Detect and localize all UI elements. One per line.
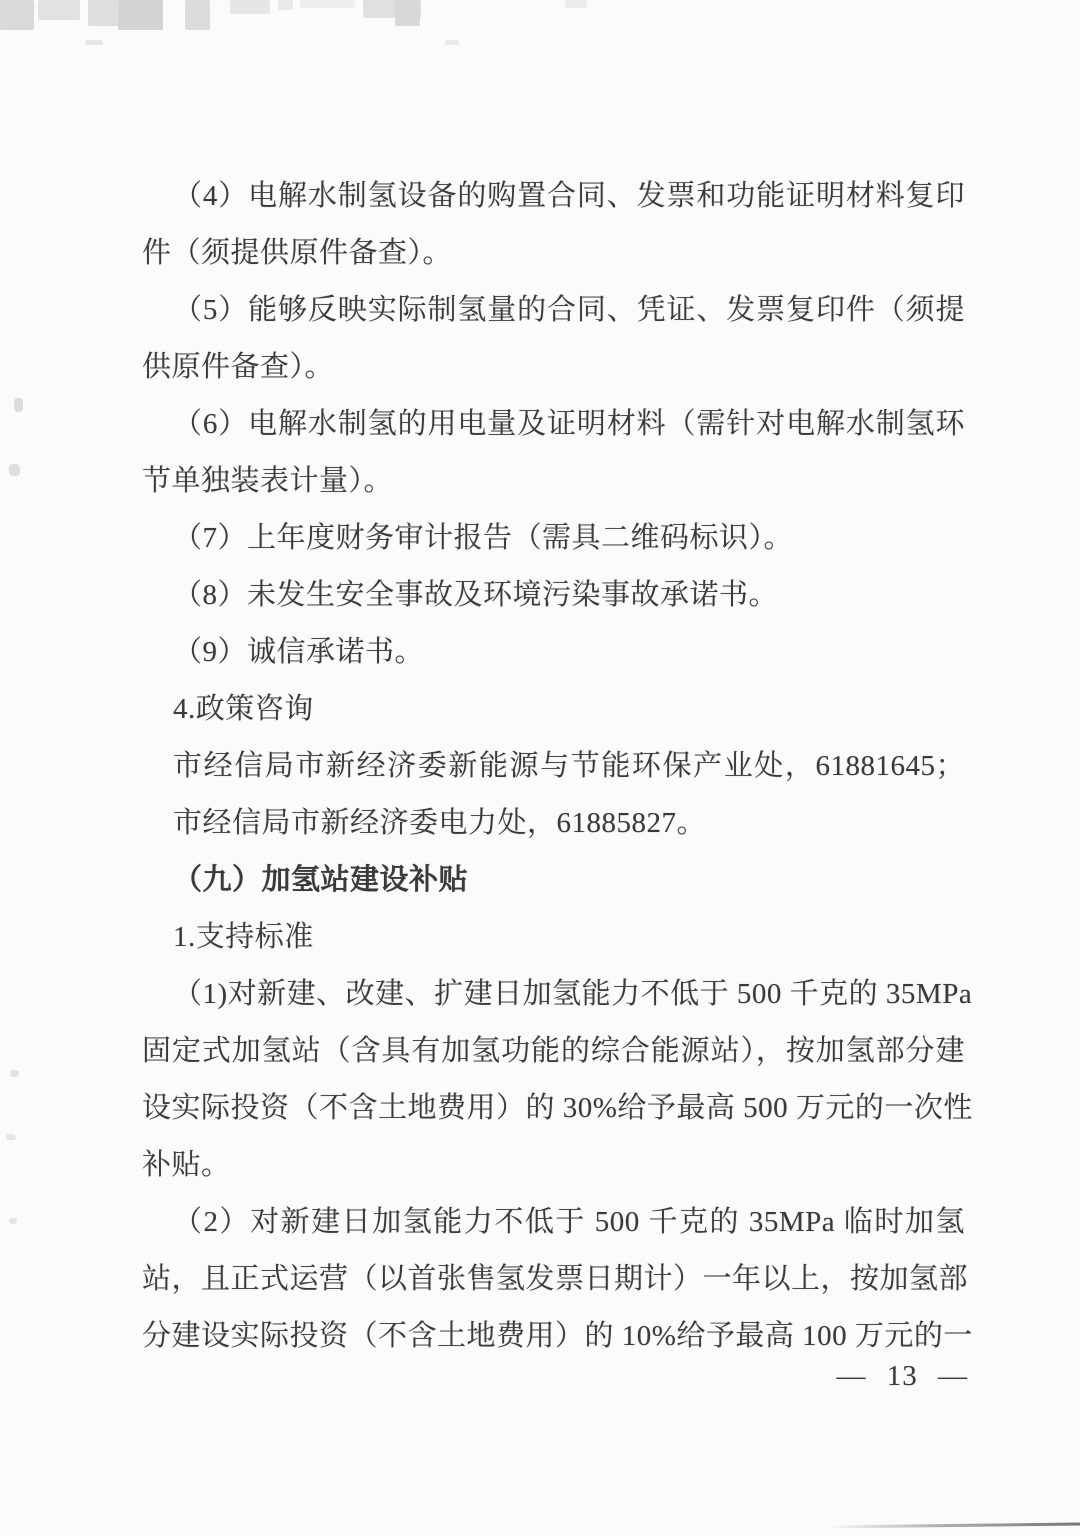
para-item-4: （4）电解水制氢设备的购置合同、发票和功能证明材料复印 件（须提供原件备查）。 [142,168,965,282]
text-line: （1)对新建、改建、扩建日加氢能力不低于 500 千克的 35MPa [142,966,965,1023]
para-item-8: （8）未发生安全事故及环境污染事故承诺书。 [142,567,965,624]
text-line: 1.支持标准 [142,909,965,966]
text-line: （5）能够反映实际制氢量的合同、凭证、发票复印件（须提 [142,282,965,339]
text-line: （九）加氢站建设补贴 [142,852,965,909]
section-heading-hydrogen-station-subsidy: （九）加氢站建设补贴 [142,852,965,909]
scan-smudge [300,0,355,8]
text-line: 补贴。 [142,1137,965,1194]
scan-speck [9,1218,17,1224]
text-line: （7）上年度财务审计报告（需具二维码标识）。 [142,510,965,567]
text-line: 节单独装表计量）。 [142,453,965,510]
scan-smudge [88,0,163,26]
page-number: — 13 — [837,1356,969,1396]
scan-speck [6,1134,16,1140]
text-line: （9）诚信承诺书。 [142,624,965,681]
scan-smudge [565,0,587,8]
para-item-9: （9）诚信承诺书。 [142,624,965,681]
scan-smudge [230,0,270,14]
para-contact-energy-office: 市经信局市新经济委新能源与节能环保产业处，61881645； [142,738,965,795]
para-item-5: （5）能够反映实际制氢量的合同、凭证、发票复印件（须提 供原件备查）。 [142,282,965,396]
text-line: 站，且正式运营（以首张售氢发票日期计）一年以上，按加氢部 [142,1251,965,1308]
para-support-standard-heading: 1.支持标准 [142,909,965,966]
text-line: （2）对新建日加氢能力不低于 500 千克的 35MPa 临时加氢 [142,1194,965,1251]
text-line: 设实际投资（不含土地费用）的 30%给予最高 500 万元的一次性 [142,1080,965,1137]
scan-smudge [363,0,421,18]
para-policy-consult-heading: 4.政策咨询 [142,681,965,738]
text-line: 市经信局市新经济委新能源与节能环保产业处，61881645； [142,738,965,795]
scanned-document-page: （4）电解水制氢设备的购置合同、发票和功能证明材料复印 件（须提供原件备查）。 … [0,0,1080,1536]
text-line: 4.政策咨询 [142,681,965,738]
scan-smudge [395,0,420,26]
scan-smudge [118,0,163,30]
scan-speck [9,464,20,476]
scan-smudge [0,0,34,30]
para-subsidy-item-2: （2）对新建日加氢能力不低于 500 千克的 35MPa 临时加氢 站，且正式运… [142,1194,965,1365]
para-subsidy-item-1: （1)对新建、改建、扩建日加氢能力不低于 500 千克的 35MPa 固定式加氢… [142,966,965,1194]
scan-smudge [445,40,459,45]
text-line: （4）电解水制氢设备的购置合同、发票和功能证明材料复印 [142,168,965,225]
scan-smudge [38,0,80,20]
scan-speck [10,1070,19,1077]
text-line: 供原件备查）。 [142,339,965,396]
scan-edge-line [828,1522,1080,1528]
para-contact-power-office: 市经信局市新经济委电力处，61885827。 [142,795,965,852]
para-item-6: （6）电解水制氢的用电量及证明材料（需针对电解水制氢环 节单独装表计量）。 [142,396,965,510]
para-item-7: （7）上年度财务审计报告（需具二维码标识）。 [142,510,965,567]
text-line: （8）未发生安全事故及环境污染事故承诺书。 [142,567,965,624]
text-line: 市经信局市新经济委电力处，61885827。 [142,795,965,852]
scan-speck [14,398,23,412]
text-line: 件（须提供原件备查）。 [142,225,965,282]
text-line: （6）电解水制氢的用电量及证明材料（需针对电解水制氢环 [142,396,965,453]
scan-smudge [85,40,103,45]
scan-smudge [185,0,210,30]
document-body: （4）电解水制氢设备的购置合同、发票和功能证明材料复印 件（须提供原件备查）。 … [142,168,965,1365]
scan-smudge [278,0,293,10]
text-line: 固定式加氢站（含具有加氢功能的综合能源站），按加氢部分建 [142,1023,965,1080]
